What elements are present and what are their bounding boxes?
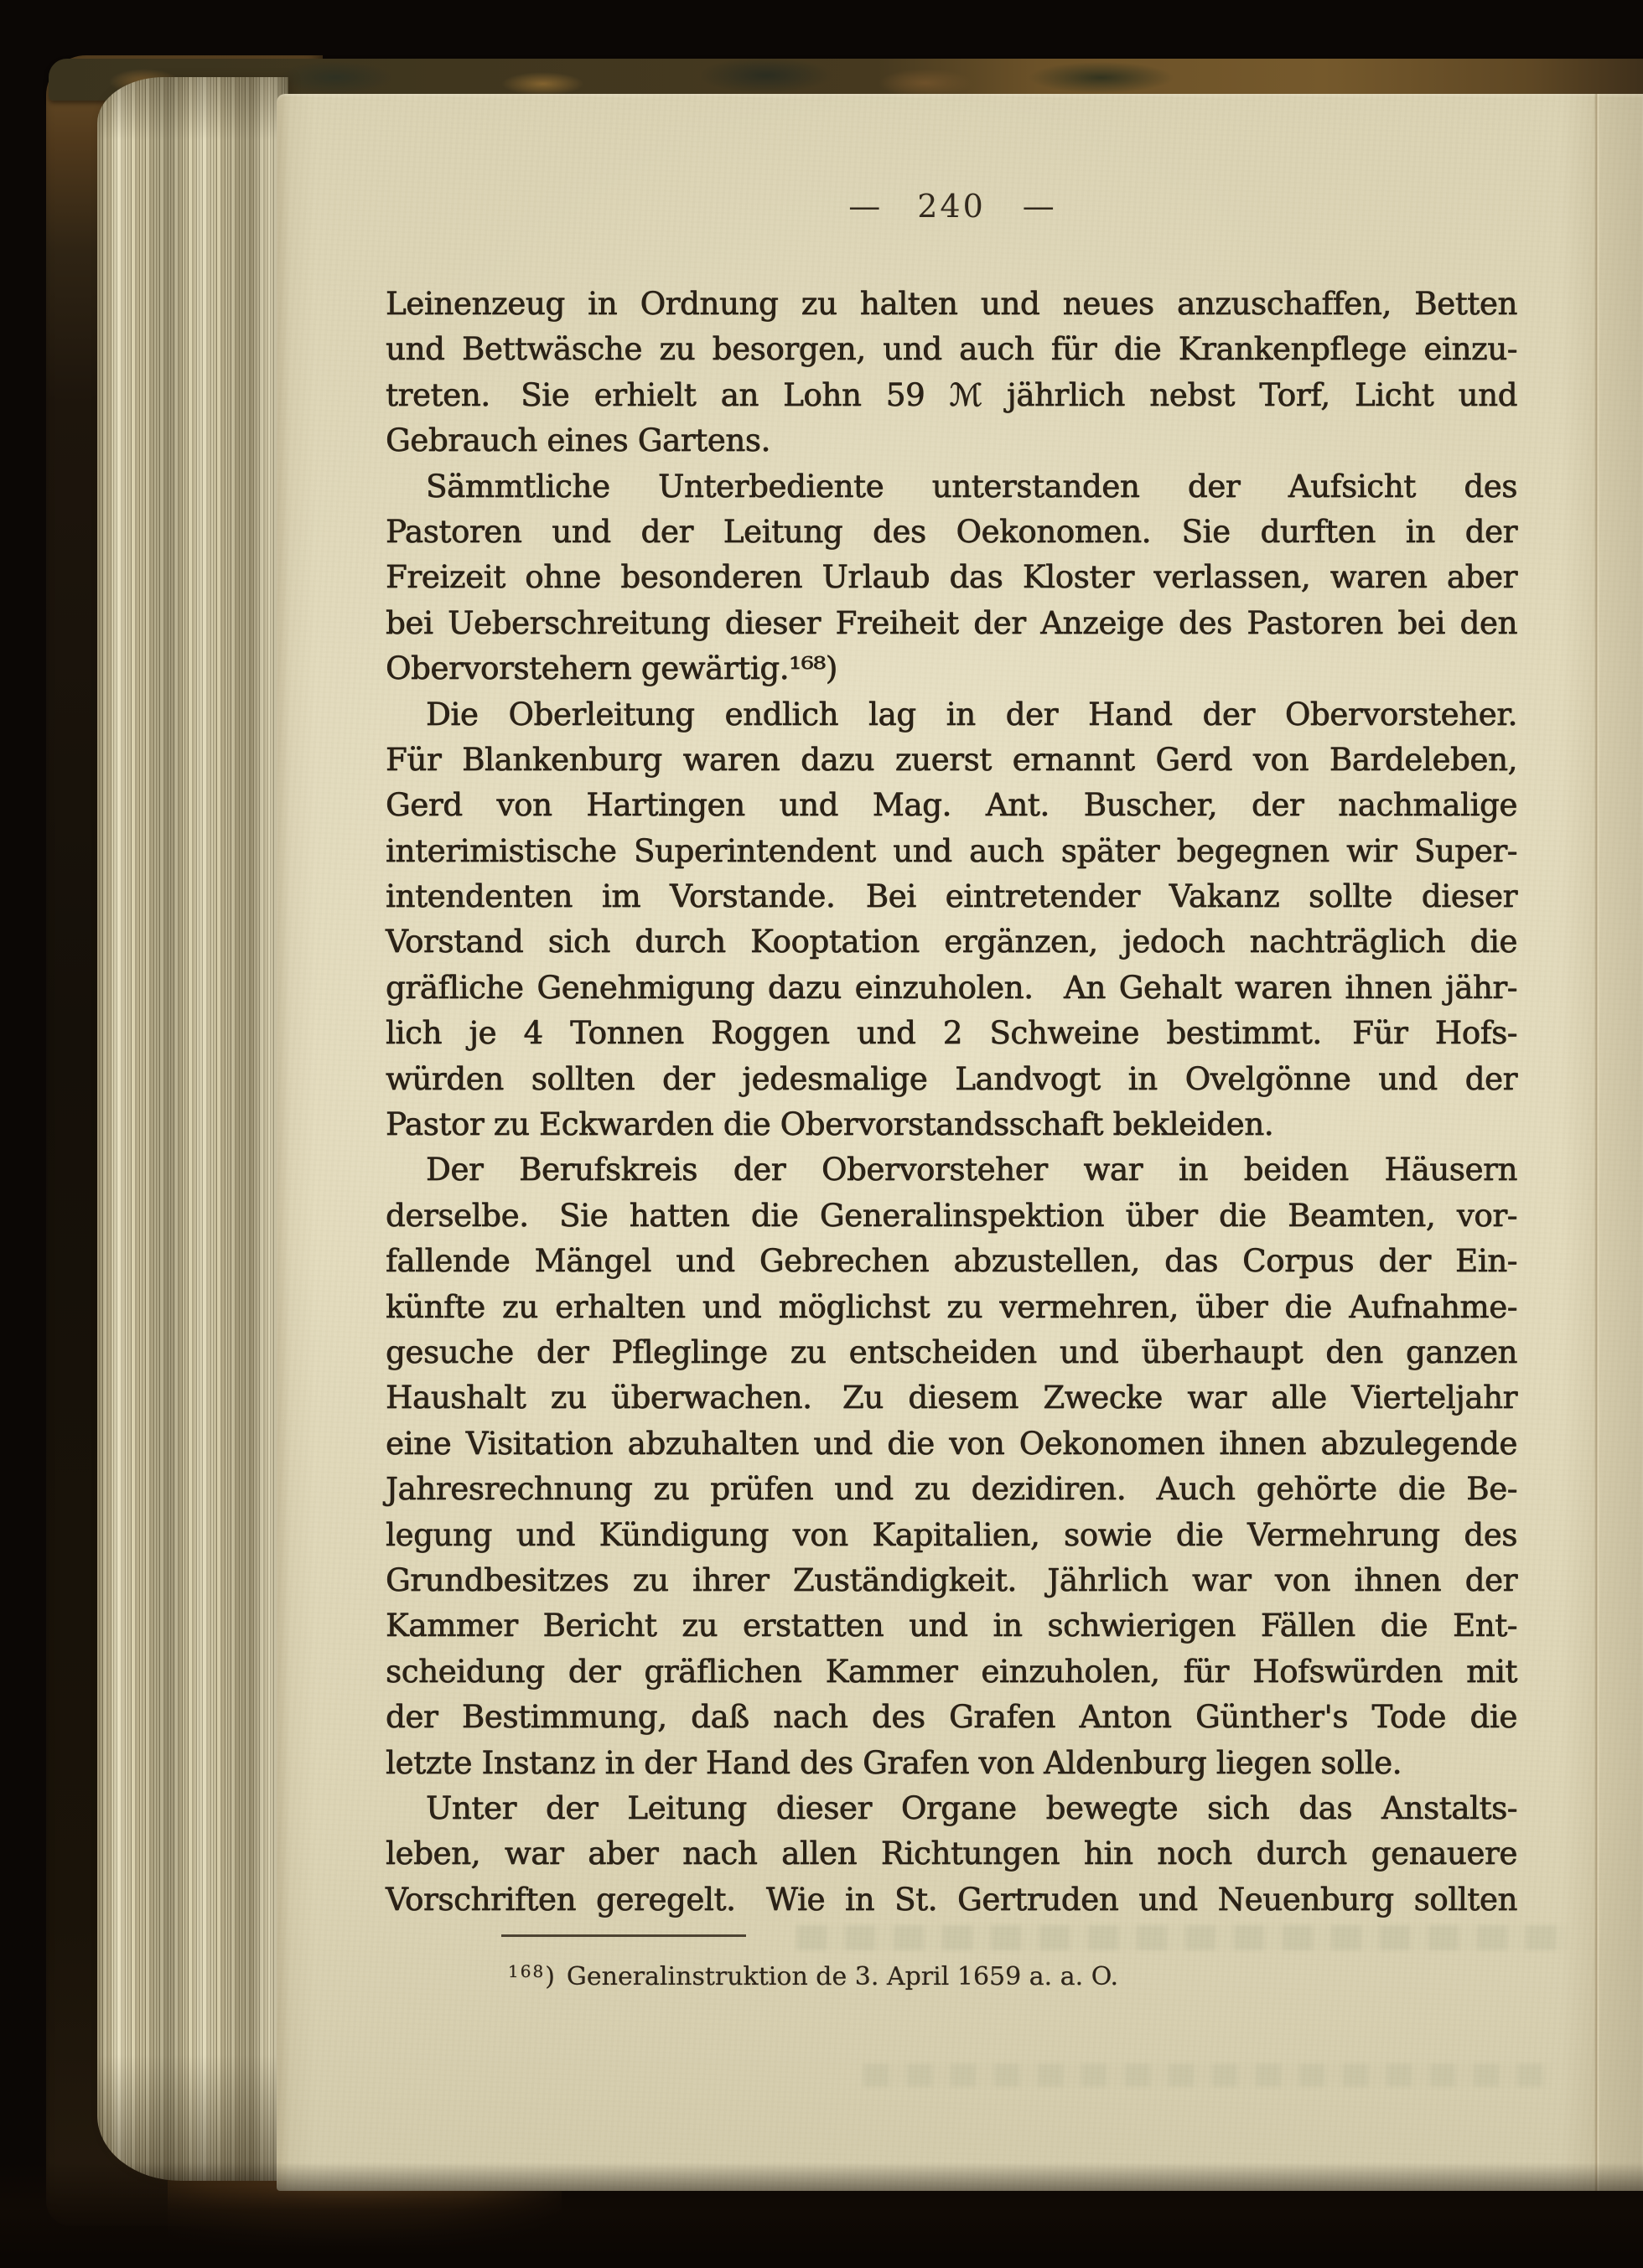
footnote-text: Generalinstruktion de 3. April 1659 a. a… (567, 1962, 1118, 1991)
text-line: Kammer Bericht zu erstatten und in schwi… (386, 1603, 1517, 1649)
text-line: Die Oberleitung endlich lag in der Hand … (386, 692, 1517, 738)
text-line: interimistische Superintendent und auch … (386, 829, 1517, 874)
text-line: Gerd von Hartingen und Mag. Ant. Buscher… (386, 783, 1517, 828)
text-line: Vorschriften geregelt. Wie in St. Gertru… (386, 1877, 1517, 1923)
footnote-separator-rule (501, 1934, 746, 1937)
text-line: legung und Kündigung von Kapitalien, sow… (386, 1513, 1517, 1558)
text-line: lich je 4 Tonnen Roggen und 2 Schweine b… (386, 1011, 1517, 1056)
page-crease-line (1594, 94, 1599, 2191)
ink-show-through (796, 1925, 1568, 1950)
text-line: Leinenzeug in Ordnung zu halten und neue… (386, 282, 1517, 327)
footnote: 168)Generalinstruktion de 3. April 1659 … (508, 1961, 1118, 1991)
text-line: und Bettwäsche zu besorgen, und auch für… (386, 327, 1517, 372)
text-line: Pastor zu Eckwarden die Obervorstandssch… (386, 1102, 1517, 1147)
text-line: fallende Mängel und Gebrechen abzustelle… (386, 1239, 1517, 1284)
text-line: künfte zu erhalten und möglichst zu verm… (386, 1285, 1517, 1330)
page-header: — 240 — (386, 188, 1517, 225)
text-line: Sämmtliche Unterbediente unterstanden de… (386, 464, 1517, 510)
text-line: Der Berufskreis der Obervorsteher war in… (386, 1147, 1517, 1193)
text-line: Haushalt zu überwachen. Zu diesem Zwecke… (386, 1375, 1517, 1421)
text-line: Vorstand sich durch Kooptation ergänzen,… (386, 919, 1517, 965)
text-line: Pastoren und der Leitung des Oekonomen. … (386, 510, 1517, 555)
text-line: Unter der Leitung dieser Organe bewegte … (386, 1786, 1517, 1831)
footnote-marker: 168 (508, 1961, 545, 1981)
book-photo: — 240 — Leinenzeug in Ordnung zu halten … (0, 0, 1643, 2268)
text-line: gräfliche Genehmigung dazu einzuholen. A… (386, 966, 1517, 1011)
header-dash-left: — (848, 188, 880, 225)
body-text-block: Leinenzeug in Ordnung zu halten und neue… (386, 282, 1517, 1923)
text-line: Freizeit ohne besonderen Urlaub das Klos… (386, 555, 1517, 600)
text-line: eine Visitation abzuhalten und die von O… (386, 1421, 1517, 1467)
text-line: Für Blankenburg waren dazu zuerst ernann… (386, 738, 1517, 783)
text-line: der Bestimmung, daß nach des Grafen Anto… (386, 1695, 1517, 1740)
footnote-marker-paren: ) (545, 1962, 555, 1991)
text-line: Grundbesitzes zu ihrer Zuständigkeit. Jä… (386, 1558, 1517, 1603)
text-line: Gebrauch eines Gartens. (386, 418, 1517, 463)
text-line: bei Ueberschreitung dieser Freiheit der … (386, 601, 1517, 646)
book-page: — 240 — Leinenzeug in Ordnung zu halten … (277, 94, 1643, 2191)
text-line: gesuche der Pfleglinge zu entscheiden un… (386, 1330, 1517, 1375)
text-line: leben, war aber nach allen Richtungen hi… (386, 1831, 1517, 1877)
fanned-page-edges (97, 77, 288, 2181)
text-line: letzte Instanz in der Hand des Grafen vo… (386, 1741, 1517, 1786)
header-dash-right: — (1023, 188, 1055, 225)
photo-shadow-bottom (0, 2162, 1643, 2268)
text-line: würden sollten der jedesmalige Landvogt … (386, 1057, 1517, 1102)
text-line: Obervorstehern gewärtig.¹⁶⁸) (386, 646, 1517, 691)
page-number: 240 (917, 188, 986, 225)
text-line: treten. Sie erhielt an Lohn 59 ℳ jährlic… (386, 373, 1517, 418)
text-line: intendenten im Vorstande. Bei eintretend… (386, 874, 1517, 919)
text-line: Jahresrechnung zu prüfen und zu dezidire… (386, 1467, 1517, 1512)
text-line: scheidung der gräflichen Kammer einzuhol… (386, 1649, 1517, 1695)
ink-show-through (863, 2063, 1551, 2087)
text-line: derselbe. Sie hatten die Generalinspekti… (386, 1194, 1517, 1239)
